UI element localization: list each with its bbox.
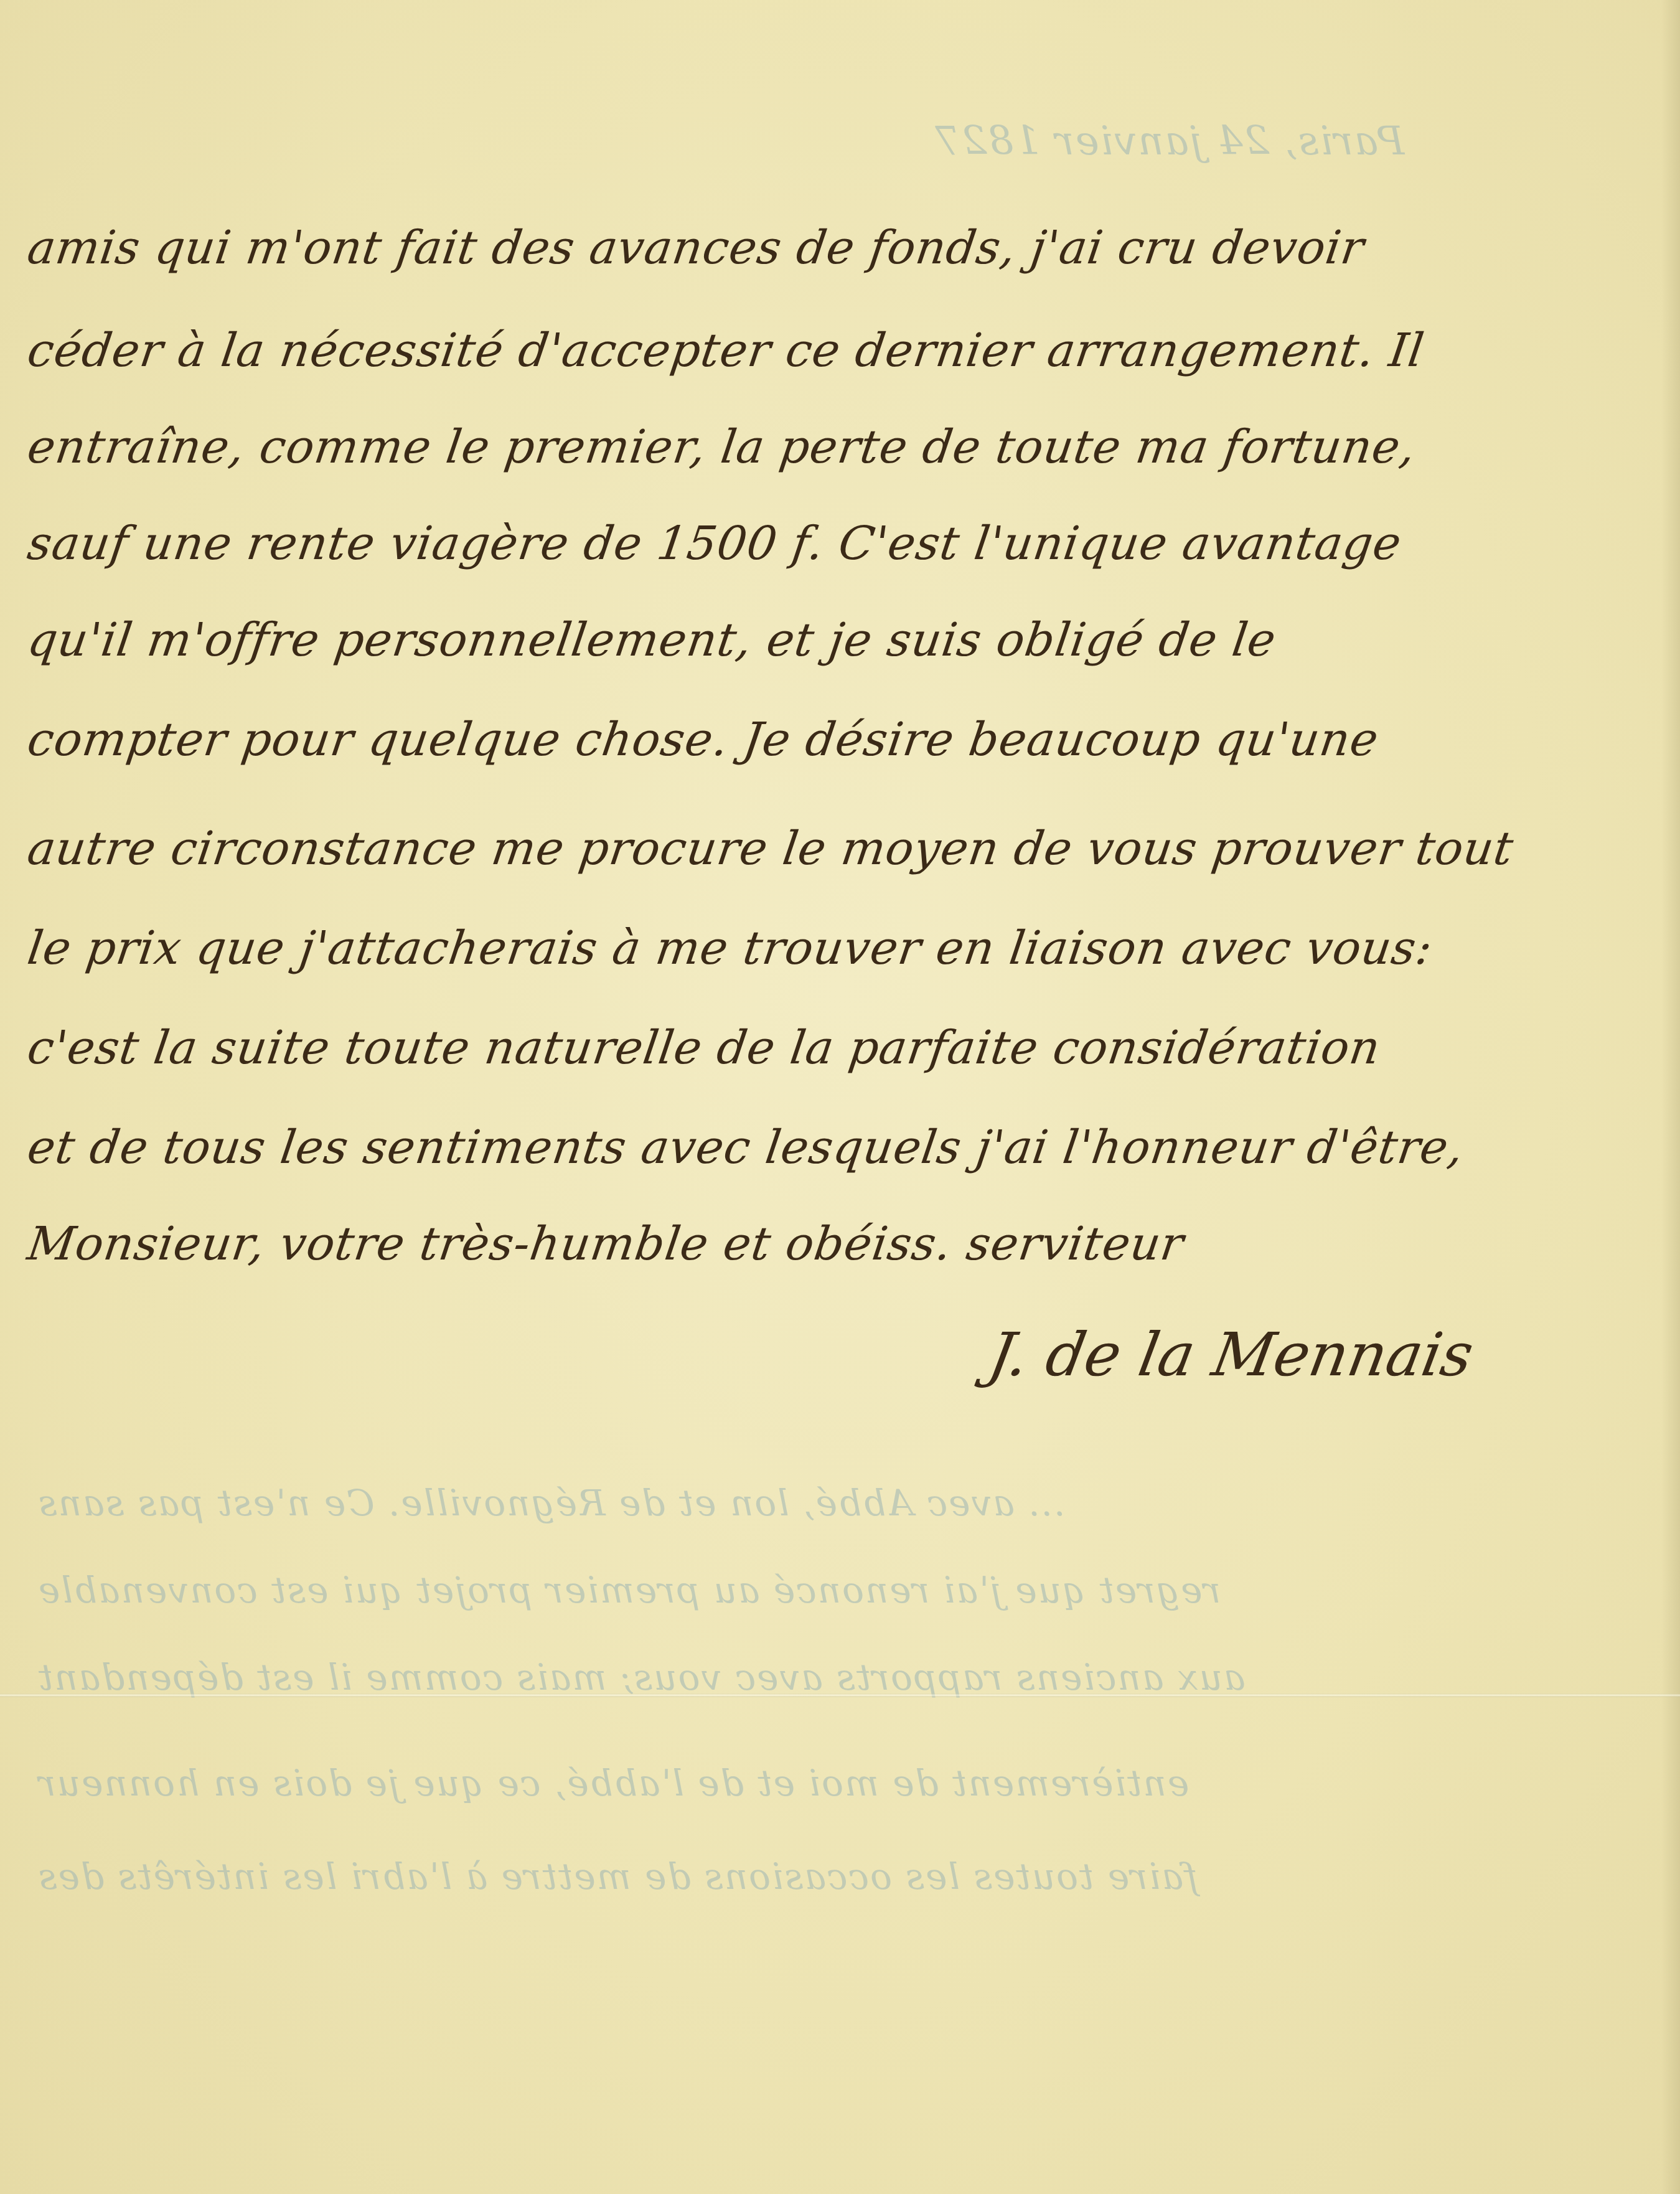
bleed-through-line: entièrement de moi et de l'abbé, ce que … xyxy=(37,1762,1189,1804)
letter-line: entraîne, comme le premier, la perte de … xyxy=(24,420,1419,474)
bleed-through-line: regret que j'ai renoncé au premier proje… xyxy=(37,1569,1221,1611)
letter-line: et de tous les sentiments avec lesquels … xyxy=(24,1121,1467,1174)
letter-line: sauf une rente viagère de 1500 f. C'est … xyxy=(24,517,1405,570)
paper-fold-line xyxy=(0,1693,1680,1697)
letter-line: amis qui m'ont fait des avances de fonds… xyxy=(24,221,1368,275)
letter-closing: Monsieur, votre très-humble et obéiss. s… xyxy=(24,1217,1188,1271)
letter-line: compter pour quelque chose. Je désire be… xyxy=(24,713,1382,766)
letter-line: le prix que j'attacherais à me trouver e… xyxy=(24,921,1436,975)
bleed-through-line: faire toutes les occasions de mettre à l… xyxy=(37,1855,1198,1898)
letter-line: autre circonstance me procure le moyen d… xyxy=(24,822,1517,875)
letter-page: Paris, 24 janvier 1827 ... avec Abbé, lo… xyxy=(0,0,1680,2194)
bleed-through-line: ... avec Abbé, lon et de Régnoville. Ce … xyxy=(37,1482,1066,1524)
bleed-through-dateline: Paris, 24 janvier 1827 xyxy=(934,118,1404,164)
signature: J. de la Mennais xyxy=(983,1320,1478,1390)
letter-line: c'est la suite toute naturelle de la par… xyxy=(24,1021,1384,1075)
letter-line: céder à la nécessité d'accepter ce derni… xyxy=(24,324,1427,377)
letter-line: qu'il m'offre personnellement, et je sui… xyxy=(24,613,1280,667)
paper-edge-shadow xyxy=(1661,0,1680,2194)
bleed-through-line: aux anciens rapports avec vous; mais com… xyxy=(37,1656,1246,1698)
